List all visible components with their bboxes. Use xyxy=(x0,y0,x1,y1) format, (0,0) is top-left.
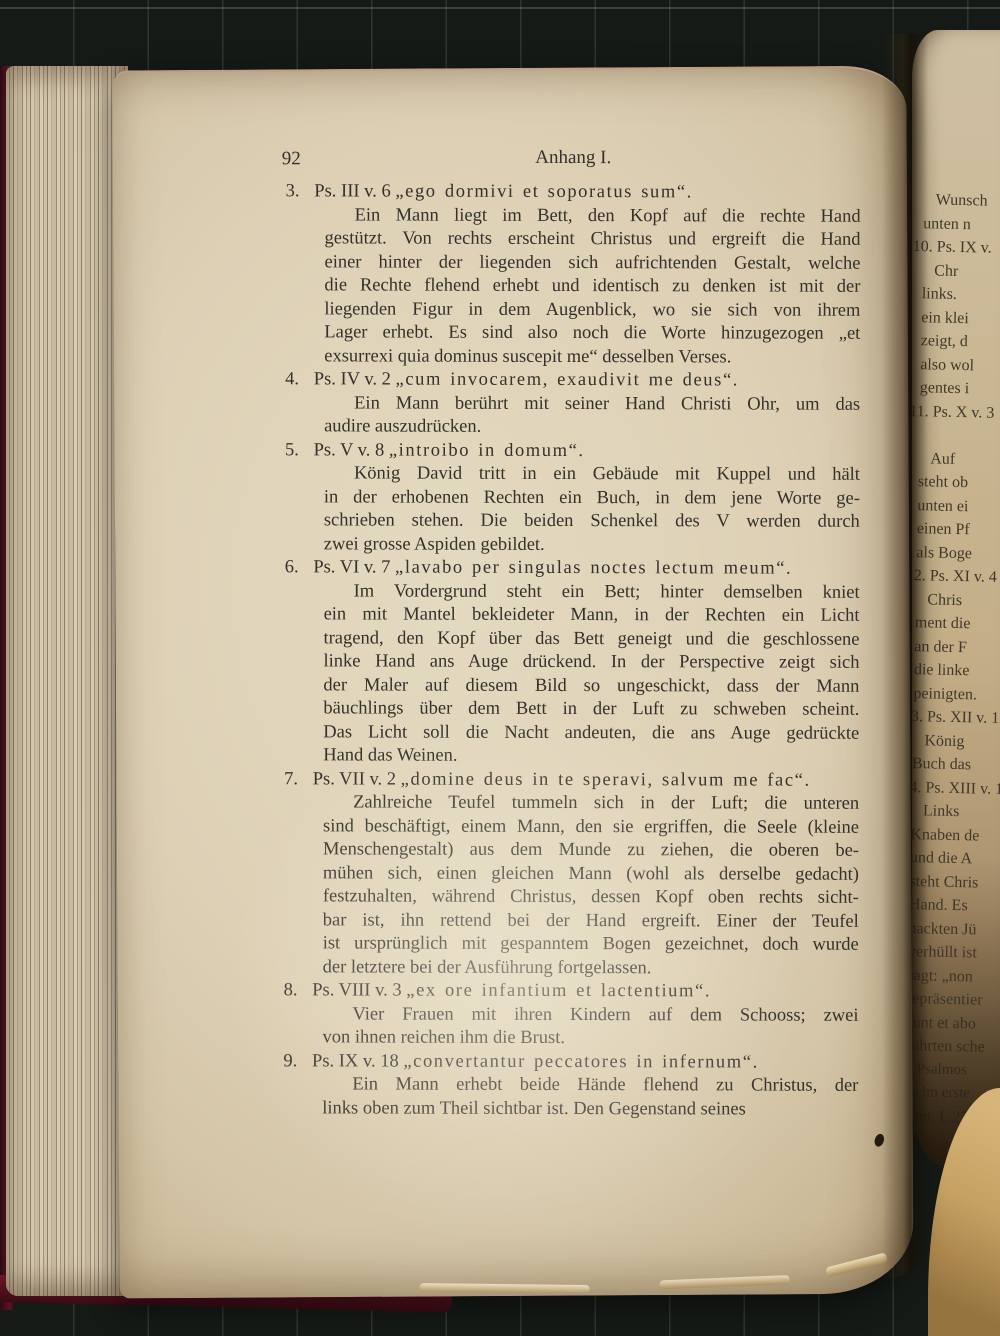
right-page-text-line: führten sche xyxy=(912,1034,1000,1060)
right-page-text-line: 11. Ps. X v. 3 xyxy=(912,399,1000,425)
psalm-entries-list: 3. Ps. III v. 6 „ego dormivi et soporatu… xyxy=(283,180,860,1122)
psalm-heading-line: 3. Ps. III v. 6 „ego dormivi et soporatu… xyxy=(286,180,861,205)
psalm-reference: Ps. VI v. 7 xyxy=(313,557,390,577)
left-page-surface: 92 Anhang I. 3. Ps. III v. 6 „ego dormiv… xyxy=(111,70,908,1298)
body-text-line: linke Hand ans Auge drückend. In der Per… xyxy=(323,650,859,675)
right-page-text-line: verhüllt ist xyxy=(912,940,1000,966)
psalm-entry: 5. Ps. V v. 8 „introibo in domum“.König … xyxy=(285,439,860,558)
right-page-text-line: peinigten. xyxy=(912,681,1000,707)
right-page-text-line: 10. Ps. IX v. xyxy=(913,235,1000,261)
right-page-text-line: Buch das xyxy=(912,752,1000,778)
body-text-line: zwei grosse Aspiden gebildet. xyxy=(324,533,860,558)
right-page-text-line: links. xyxy=(912,282,1000,308)
body-text-line: bäuchlings über dem Bett in der Luft zu … xyxy=(323,697,859,722)
right-page-text-line: die linke xyxy=(912,658,1000,684)
right-page-text-line: repräsentier xyxy=(912,987,1000,1013)
right-page-text-line: Hand. Es xyxy=(912,893,1000,919)
psalm-entry: 6. Ps. VI v. 7 „lavabo per singulas noct… xyxy=(284,556,860,769)
psalm-entry: 8. Ps. VIII v. 3 „ex ore infantium et la… xyxy=(283,979,858,1051)
psalm-entry: 4. Ps. IV v. 2 „cum invocarem, exaudivit… xyxy=(285,368,860,440)
right-page-text-line: Chris xyxy=(912,587,1000,613)
psalm-quote: „introibo in domum“. xyxy=(389,440,585,461)
psalm-quote: „ego dormivi et soporatus sum“. xyxy=(395,182,693,203)
psalm-entry: 9. Ps. IX v. 18 „convertantur peccatores… xyxy=(283,1050,858,1122)
psalm-quote: „convertantur peccatores in infernum“. xyxy=(403,1051,759,1072)
right-page-text-line: steht ob xyxy=(912,470,1000,496)
page-header: 92 Anhang I. xyxy=(286,146,861,174)
body-text-line: liegenden Figur in dem Augenblick, wo si… xyxy=(324,298,860,323)
psalm-entry: 3. Ps. III v. 6 „ego dormivi et soporatu… xyxy=(285,180,860,370)
right-page-text-line: Links xyxy=(912,799,1000,825)
right-page-text-line: König xyxy=(912,728,1000,754)
right-page-text-line xyxy=(912,423,1000,449)
body-text-line: bar ist, ihn rettend bei der Hand ergrei… xyxy=(323,909,859,934)
psalm-heading-line: 4. Ps. IV v. 2 „cum invocarem, exaudivit… xyxy=(285,368,860,393)
right-page-text-line: Auf xyxy=(912,446,1000,472)
right-page-text-line: also wol xyxy=(912,352,1000,378)
right-page-text-line: Chr xyxy=(912,258,1000,284)
body-text-line: mühen sich, einen gleichen Mann (wohl al… xyxy=(323,862,859,887)
body-text-line: tragend, den Kopf über das Bett geneigt … xyxy=(323,627,859,652)
right-page-text-line: ein klei xyxy=(912,305,1000,331)
body-text-line: der Maler auf diesem Bild so ungeschickt… xyxy=(323,674,859,699)
right-page-text-line: an der F xyxy=(912,634,1000,660)
body-text-line: Ein Mann erhebt beide Hände flehend zu C… xyxy=(322,1073,858,1098)
right-page-text-line: ment die xyxy=(912,611,1000,637)
body-text-line: Vier Frauen mit ihren Kindern auf dem Sc… xyxy=(323,1003,859,1028)
entry-number: 7. xyxy=(284,768,308,792)
psalm-heading-line: 9. Ps. IX v. 18 „convertantur peccatores… xyxy=(283,1050,858,1075)
body-text-line: Im Vordergrund steht ein Bett; hinter de… xyxy=(324,580,860,605)
body-text-line: ist ursprünglich mit gespanntem Bogen ge… xyxy=(323,932,859,957)
psalm-reference: Ps. VIII v. 3 xyxy=(312,980,401,1000)
body-text-line: die Rechte flehend erhebt und identisch … xyxy=(324,274,860,299)
body-text-line: ein mit Mantel bekleideter Mann, in der … xyxy=(324,603,860,628)
entry-number: 9. xyxy=(283,1050,307,1074)
psalm-quote: „domine deus in te speravi, salvum me fa… xyxy=(401,769,811,790)
right-page-text-line: steht Chris xyxy=(912,869,1000,895)
running-header: Anhang I. xyxy=(286,146,861,170)
entry-number: 5. xyxy=(285,439,309,463)
right-page-text-line: zeigt, d xyxy=(912,329,1000,355)
fore-edge-page-stack xyxy=(6,66,128,1296)
body-text-line: audire auszudrücken. xyxy=(324,415,860,440)
body-text-line: schrieben stehen. Die beiden Schenkel de… xyxy=(324,509,860,534)
psalm-quote: „ex ore infantium et lactentium“. xyxy=(406,981,711,1002)
body-text-line: von ihnen reichen ihm die Brust. xyxy=(322,1026,858,1051)
right-page-text-line: Knaben de xyxy=(912,822,1000,848)
right-page-text-column: Wunschunten n10. Ps. IX v.Chrlinks.ein k… xyxy=(912,188,1000,1130)
right-page-text-line: 12. Ps. XI v. 4 xyxy=(912,564,1000,590)
left-page: 92 Anhang I. 3. Ps. III v. 6 „ego dormiv… xyxy=(112,66,913,1299)
psalm-reference: Ps. V v. 8 xyxy=(314,440,385,460)
entry-number: 3. xyxy=(286,180,310,204)
right-page-text-line: Wunsch xyxy=(914,188,1000,214)
psalm-entry: 7. Ps. VII v. 2 „domine deus in te spera… xyxy=(284,768,860,981)
body-text-line: der letztere bei der Ausführung fortgela… xyxy=(323,956,859,981)
right-page-text-line: sagt: „non xyxy=(912,963,1000,989)
psalm-heading-line: 8. Ps. VIII v. 3 „ex ore infantium et la… xyxy=(284,979,859,1004)
body-text-line: einer hinter der liegenden sich aufricht… xyxy=(324,251,860,276)
right-page-text-line: unten n xyxy=(913,211,1000,237)
psalm-heading-line: 7. Ps. VII v. 2 „domine deus in te spera… xyxy=(284,768,859,793)
right-page-text-line: nackten Jü xyxy=(912,916,1000,942)
body-text-line: festzuhalten, während Christus, dessen K… xyxy=(323,885,859,910)
body-text-line: exsurrexi quia dominus suscepit me“ dess… xyxy=(324,345,860,370)
body-text-line: Menschengestalt) aus dem Munde zu ziehen… xyxy=(323,838,859,863)
background-mat-seam xyxy=(0,7,1000,9)
psalm-heading-line: 5. Ps. V v. 8 „introibo in domum“. xyxy=(285,439,860,464)
psalm-reference: Ps. VII v. 2 xyxy=(313,769,396,789)
body-text-line: gestützt. Von rechts erscheint Christus … xyxy=(325,227,861,252)
psalm-reference: Ps. IV v. 2 xyxy=(314,369,391,389)
body-text-line: König David tritt in ein Gebäude mit Kup… xyxy=(324,462,860,487)
right-page-text-line: als Boge xyxy=(912,540,1000,566)
psalm-quote: „cum invocarem, exaudivit me deus“. xyxy=(396,370,740,391)
body-text-line: Hand das Weinen. xyxy=(323,744,859,769)
body-text-line: Ein Mann berührt mit seiner Hand Christi… xyxy=(324,392,860,417)
psalm-quote: „lavabo per singulas noctes lectum meum“… xyxy=(395,558,792,579)
body-text-line: links oben zum Theil sichtbar ist. Den G… xyxy=(322,1097,858,1122)
psalm-reference: Ps. III v. 6 xyxy=(314,181,390,201)
entry-number: 6. xyxy=(285,556,309,580)
body-text-line: Das Licht soll die Nacht andeuten, die a… xyxy=(323,721,859,746)
entry-number: 4. xyxy=(285,368,309,392)
body-text-line: Lager erhebt. Es sind also noch die Wort… xyxy=(324,321,860,346)
body-text-line: in der erhobenen Rechten ein Buch, in de… xyxy=(324,486,860,511)
right-page-text-line: 13. Ps. XII v. 1 xyxy=(912,705,1000,731)
psalm-heading-line: 6. Ps. VI v. 7 „lavabo per singulas noct… xyxy=(285,556,860,581)
right-page-text-line: sunt et abo xyxy=(912,1010,1000,1036)
right-page-text-line: gentes i xyxy=(912,376,1000,402)
right-page-text-line: 14. Ps. XIII v. 1 xyxy=(912,775,1000,801)
body-text-line: Zahlreiche Teufel tummeln sich in der Lu… xyxy=(323,791,859,816)
right-page-text-line: einen Pf xyxy=(912,517,1000,543)
body-text-line: sind beschäftigt, einem Mann, den sie er… xyxy=(323,815,859,840)
right-page-text-line: In Psalmos xyxy=(912,1057,1000,1083)
right-page-text-line: und die A xyxy=(912,846,1000,872)
psalm-reference: Ps. IX v. 18 xyxy=(312,1051,399,1071)
right-page: Wunschunten n10. Ps. IX v.Chrlinks.ein k… xyxy=(912,30,1000,1166)
entry-number: 8. xyxy=(284,979,308,1003)
body-text-line: Ein Mann liegt im Bett, den Kopf auf die… xyxy=(325,204,861,229)
right-page-text-line: unten ei xyxy=(912,493,1000,519)
